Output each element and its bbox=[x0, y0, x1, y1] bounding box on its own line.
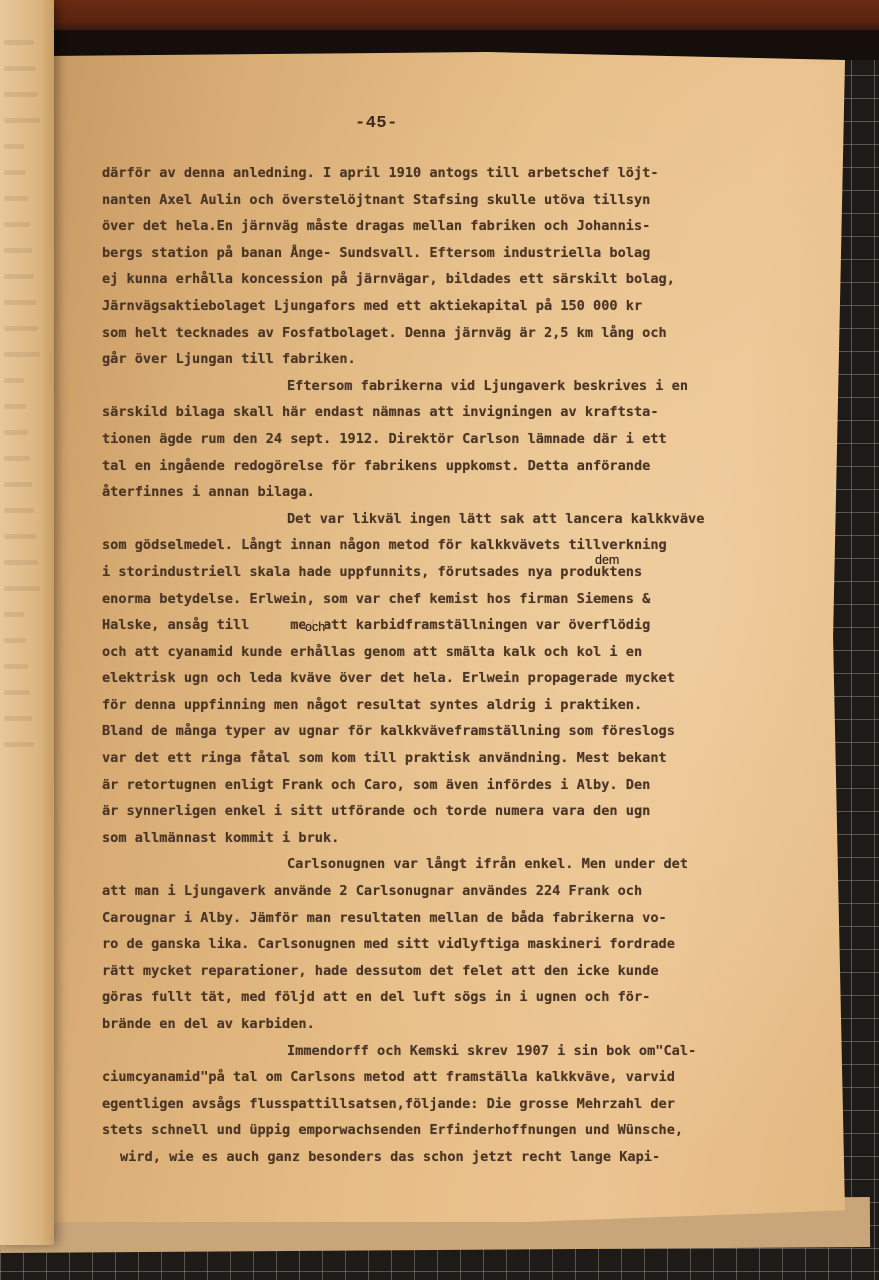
bleed-through-text bbox=[4, 404, 26, 409]
text-line: göras fullt tät, med följd att en del lu… bbox=[102, 984, 832, 1011]
bleed-through-text bbox=[4, 300, 36, 305]
bleed-through-text bbox=[4, 664, 28, 669]
line-text: elektrisk ugn och leda kväve över det he… bbox=[102, 670, 675, 686]
text-line: bergs station på banan Ånge- Sundsvall. … bbox=[102, 240, 832, 267]
desk-background bbox=[0, 0, 879, 30]
bleed-through-text bbox=[4, 326, 38, 331]
text-line: särskild bilaga skall här endast nämnas … bbox=[102, 399, 832, 426]
line-text: tionen ägde rum den 24 sept. 1912. Direk… bbox=[102, 431, 667, 447]
line-text: göras fullt tät, med följd att en del lu… bbox=[102, 989, 650, 1005]
line-text: som allmännast kommit i bruk. bbox=[102, 830, 339, 846]
text-line: därför av denna anledning. I april 1910 … bbox=[102, 160, 832, 187]
line-text: ro de ganska lika. Carlsonugnen med sitt… bbox=[102, 936, 675, 952]
line-text: Immendorff och Kemski skrev 1907 i sin b… bbox=[287, 1043, 696, 1059]
text-line: som allmännast kommit i bruk. bbox=[102, 825, 832, 852]
bleed-through-text bbox=[4, 170, 26, 175]
line-text: i storindustriell skala hade uppfunnits,… bbox=[102, 564, 642, 580]
text-line: stets schnell und üppig emporwachsenden … bbox=[102, 1117, 832, 1144]
bleed-through-text bbox=[4, 690, 30, 695]
text-line: ro de ganska lika. Carlsonugnen med sitt… bbox=[102, 931, 832, 958]
bleed-through-text bbox=[4, 196, 28, 201]
page-number: -45- bbox=[355, 114, 398, 133]
document-page: -45- därför av denna anledning. I april … bbox=[50, 52, 845, 1222]
text-line: tal en ingående redogörelse för fabriken… bbox=[102, 453, 832, 480]
bleed-through-text bbox=[4, 560, 38, 565]
line-text: wird, wie es auch ganz besonders das sch… bbox=[120, 1149, 660, 1165]
text-line: rätt mycket reparationer, hade dessutom … bbox=[102, 958, 832, 985]
bleed-through-text bbox=[4, 92, 38, 97]
line-text: Det var likväl ingen lätt sak att lancer… bbox=[287, 511, 704, 527]
text-line: i storindustriell skala hade uppfunnits,… bbox=[102, 559, 832, 586]
text-line: Järnvägsaktiebolaget Ljungafors med ett … bbox=[102, 293, 832, 320]
text-line: återfinnes i annan bilaga. bbox=[102, 479, 832, 506]
text-line: ej kunna erhålla koncession på järnvägar… bbox=[102, 266, 832, 293]
text-line: wird, wie es auch ganz besonders das sch… bbox=[102, 1144, 832, 1171]
text-line: för denna uppfinning men något resultat … bbox=[102, 692, 832, 719]
line-text: är retortugnen enligt Frank och Caro, so… bbox=[102, 777, 650, 793]
line-text: var det ett ringa fåtal som kom till pra… bbox=[102, 750, 667, 766]
line-text: ej kunna erhålla koncession på järnvägar… bbox=[102, 271, 675, 287]
text-line: och att cyanamid kunde erhållas genom at… bbox=[102, 639, 832, 666]
handwritten-insertion: och bbox=[305, 614, 325, 641]
text-line: är retortugnen enligt Frank och Caro, so… bbox=[102, 772, 832, 799]
text-line: elektrisk ugn och leda kväve över det he… bbox=[102, 665, 832, 692]
typewritten-body-text: därför av denna anledning. I april 1910 … bbox=[102, 160, 832, 1171]
line-text: Halske, ansåg till med att karbidframstä… bbox=[102, 617, 650, 633]
text-line: egentligen avsågs flusspattillsatsen,föl… bbox=[102, 1091, 832, 1118]
text-line: som helt tecknades av Fosfatbolaget. Den… bbox=[102, 320, 832, 347]
line-text: för denna uppfinning men något resultat … bbox=[102, 697, 642, 713]
line-text: Bland de många typer av ugnar för kalkkv… bbox=[102, 723, 675, 739]
bleed-through-text bbox=[4, 534, 36, 539]
text-line: ciumcyanamid"på tal om Carlsons metod at… bbox=[102, 1064, 832, 1091]
line-text: brände en del av karbiden. bbox=[102, 1016, 315, 1032]
line-text: och att cyanamid kunde erhållas genom at… bbox=[102, 644, 642, 660]
line-text: tal en ingående redogörelse för fabriken… bbox=[102, 458, 650, 474]
bleed-through-text bbox=[4, 118, 40, 123]
paragraph-start-line: Carlsonugnen var långt ifrån enkel. Men … bbox=[102, 851, 832, 878]
text-line: är synnerligen enkel i sitt utförande oc… bbox=[102, 798, 832, 825]
line-text: därför av denna anledning. I april 1910 … bbox=[102, 165, 659, 181]
text-line: Halske, ansåg till med att karbidframstä… bbox=[102, 612, 832, 639]
line-text: särskild bilaga skall här endast nämnas … bbox=[102, 404, 659, 420]
line-text: rätt mycket reparationer, hade dessutom … bbox=[102, 963, 659, 979]
bleed-through-text bbox=[4, 222, 30, 227]
paragraph-start-line: Immendorff och Kemski skrev 1907 i sin b… bbox=[102, 1038, 832, 1065]
bleed-through-text bbox=[4, 482, 32, 487]
bleed-through-text bbox=[4, 612, 24, 617]
text-line: Carougnar i Alby. Jämför man resultaten … bbox=[102, 905, 832, 932]
line-text: stets schnell und üppig emporwachsenden … bbox=[102, 1122, 683, 1138]
line-text: återfinnes i annan bilaga. bbox=[102, 484, 315, 500]
text-line: över det hela.En järnväg måste dragas me… bbox=[102, 213, 832, 240]
text-line: var det ett ringa fåtal som kom till pra… bbox=[102, 745, 832, 772]
line-text: ciumcyanamid"på tal om Carlsons metod at… bbox=[102, 1069, 675, 1085]
bleed-through-text bbox=[4, 586, 40, 591]
bleed-through-text bbox=[4, 430, 28, 435]
handwritten-insertion: dem bbox=[595, 547, 619, 574]
text-line: Bland de många typer av ugnar för kalkkv… bbox=[102, 718, 832, 745]
text-line: att man i Ljungaverk använde 2 Carlsonug… bbox=[102, 878, 832, 905]
bleed-through-text bbox=[4, 638, 26, 643]
line-text: över det hela.En järnväg måste dragas me… bbox=[102, 218, 650, 234]
line-text: som gödselmedel. Långt innan någon metod… bbox=[102, 537, 667, 553]
bleed-through-text bbox=[4, 248, 32, 253]
line-text: Carlsonugnen var långt ifrån enkel. Men … bbox=[287, 856, 688, 872]
text-line: tionen ägde rum den 24 sept. 1912. Direk… bbox=[102, 426, 832, 453]
line-text: egentligen avsågs flusspattillsatsen,föl… bbox=[102, 1096, 675, 1112]
bleed-through-text bbox=[4, 352, 40, 357]
line-text: Carougnar i Alby. Jämför man resultaten … bbox=[102, 910, 667, 926]
line-text: som helt tecknades av Fosfatbolaget. Den… bbox=[102, 325, 667, 341]
paragraph-start-line: Eftersom fabrikerna vid Ljungaverk beskr… bbox=[102, 373, 832, 400]
text-line: som gödselmedel. Långt innan någon metod… bbox=[102, 532, 832, 559]
line-text: går över Ljungan till fabriken. bbox=[102, 351, 356, 367]
text-line: brände en del av karbiden. bbox=[102, 1011, 832, 1038]
bleed-through-text bbox=[4, 144, 24, 149]
line-text: bergs station på banan Ånge- Sundsvall. … bbox=[102, 245, 650, 261]
text-line: nanten Axel Aulin och överstelöjtnant St… bbox=[102, 187, 832, 214]
bleed-through-text bbox=[4, 40, 34, 45]
bleed-through-text bbox=[4, 274, 34, 279]
line-text: Eftersom fabrikerna vid Ljungaverk beskr… bbox=[287, 378, 688, 394]
facing-page-edge bbox=[0, 0, 54, 1245]
line-text: enorma betydelse. Erlwein, som var chef … bbox=[102, 591, 650, 607]
text-line: enorma betydelse. Erlwein, som var chef … bbox=[102, 586, 832, 613]
bleed-through-text bbox=[4, 456, 30, 461]
bleed-through-text bbox=[4, 716, 32, 721]
bleed-through-text bbox=[4, 742, 34, 747]
bleed-through-text bbox=[4, 378, 24, 383]
line-text: att man i Ljungaverk använde 2 Carlsonug… bbox=[102, 883, 642, 899]
text-line: går över Ljungan till fabriken. bbox=[102, 346, 832, 373]
bleed-through-text bbox=[4, 66, 36, 71]
line-text: Järnvägsaktiebolaget Ljungafors med ett … bbox=[102, 298, 642, 314]
line-text: nanten Axel Aulin och överstelöjtnant St… bbox=[102, 192, 650, 208]
line-text: är synnerligen enkel i sitt utförande oc… bbox=[102, 803, 650, 819]
bleed-through-text bbox=[4, 508, 34, 513]
paragraph-start-line: Det var likväl ingen lätt sak att lancer… bbox=[102, 506, 832, 533]
